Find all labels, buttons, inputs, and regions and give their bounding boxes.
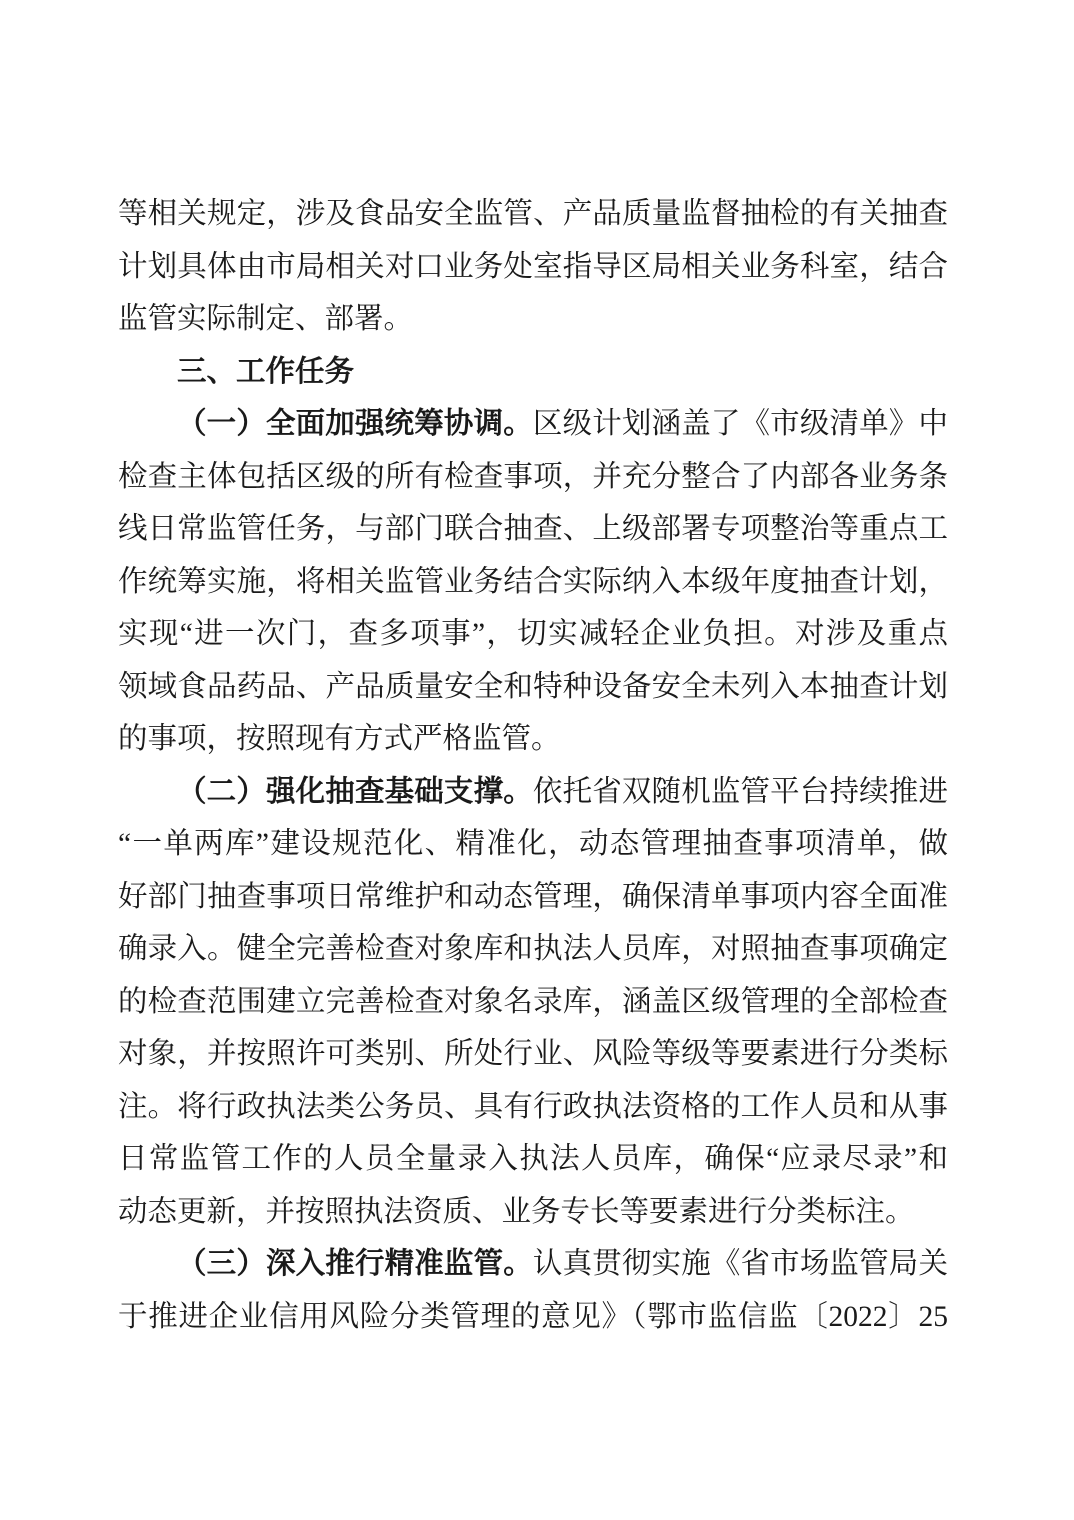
- paragraph-last-line: 动态更新，并按照执法资质、业务专长等要素进行分类标注。: [118, 1186, 948, 1239]
- section-heading: 三、工作任务: [118, 346, 948, 399]
- item3-line1-rest: 认真贯彻实施《省市场监管局关: [533, 1248, 948, 1280]
- document-page: 等相关规定，涉及食品安全监管、产品质量监督抽检的有关抽查 计划具体由市局相关对口…: [0, 0, 1074, 1520]
- paragraph-last-line: 监管实际制定、部署。: [118, 293, 948, 346]
- paragraph-line: 日常监管工作的人员全量录入执法人员库，确保“应录尽录”和: [118, 1133, 948, 1186]
- paragraph-line: 确录入。健全完善检查对象库和执法人员库，对照抽查事项确定: [118, 923, 948, 976]
- paragraph-line: 对象，并按照许可类别、所处行业、风险等级等要素进行分类标: [118, 1028, 948, 1081]
- paragraph-line: 作统筹实施，将相关监管业务结合实际纳入本级年度抽查计划，: [118, 556, 948, 609]
- item1-lead-bold: （一）全面加强统筹协调。: [177, 407, 533, 440]
- paragraph-first-line: （三）深入推行精准监管。认真贯彻实施《省市场监管局关: [118, 1238, 948, 1291]
- paragraph-line: 领域食品药品、产品质量安全和特种设备安全未列入本抽查计划: [118, 661, 948, 714]
- paragraph-line: 实现“进一次门，查多项事”，切实减轻企业负担。对涉及重点: [118, 608, 948, 661]
- paragraph-line: 等相关规定，涉及食品安全监管、产品质量监督抽检的有关抽查: [118, 188, 948, 241]
- paragraph-line: 检查主体包括区级的所有检查事项，并充分整合了内部各业务条: [118, 451, 948, 504]
- paragraph-first-line: （二）强化抽查基础支撑。依托省双随机监管平台持续推进: [118, 766, 948, 819]
- item2-lead-bold: （二）强化抽查基础支撑。: [177, 775, 533, 808]
- item2-line1-rest: 依托省双随机监管平台持续推进: [533, 776, 948, 808]
- item3-lead-bold: （三）深入推行精准监管。: [177, 1247, 533, 1280]
- paragraph-line: 的检查范围建立完善检查对象名录库，涵盖区级管理的全部检查: [118, 976, 948, 1029]
- paragraph-line: “一单两库”建设规范化、精准化，动态管理抽查事项清单，做: [118, 818, 948, 871]
- item1-line1-rest: 区级计划涵盖了《市级清单》中: [533, 408, 948, 440]
- paragraph-line: 计划具体由市局相关对口业务处室指导区局相关业务科室，结合: [118, 241, 948, 294]
- paragraph-line: 线日常监管任务，与部门联合抽查、上级部署专项整治等重点工: [118, 503, 948, 556]
- paragraph-last-line: 的事项，按照现有方式严格监管。: [118, 713, 948, 766]
- paragraph-first-line: （一）全面加强统筹协调。区级计划涵盖了《市级清单》中: [118, 398, 948, 451]
- paragraph-line: 注。将行政执法类公务员、具有行政执法资格的工作人员和从事: [118, 1081, 948, 1134]
- paragraph-line: 好部门抽查事项日常维护和动态管理，确保清单事项内容全面准: [118, 871, 948, 924]
- paragraph-line: 于推进企业信用风险分类管理的意见》（鄂市监信监〔2022〕25: [118, 1291, 948, 1344]
